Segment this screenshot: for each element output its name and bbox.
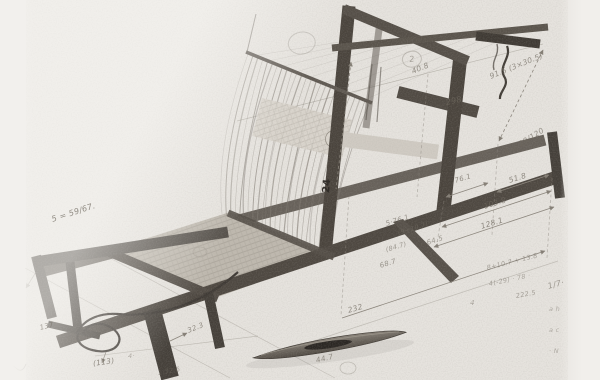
measurement-annotation: (113) (92, 357, 115, 367)
measurement-annotation: 128.1 (480, 216, 504, 230)
measurement-annotation: 4· (128, 353, 135, 360)
measurement-annotation: 8+10.7 + 13.8 (486, 253, 538, 272)
measurement-annotation: 5 = 59/67. (51, 202, 97, 224)
annotated-loom-photograph: 5 = 59/67.240.829891.5 (3×30.5)5 = 28/12… (0, 0, 600, 380)
measurement-annotation: 1·32.6 (157, 366, 180, 376)
measurement-annotation: 64.5 (426, 235, 444, 247)
measurement-annotation: a c (549, 327, 560, 334)
measurement-annotation: 103.8 (483, 196, 507, 210)
annotation-layer: 5 = 59/67.240.829891.5 (3×30.5)5 = 28/12… (0, 0, 600, 380)
measurement-annotation: 68.7 (379, 258, 397, 270)
measurement-annotation: 1/7· (547, 279, 565, 291)
measurement-annotation: 44.7 (315, 353, 334, 365)
measurement-annotation: 222.5 (515, 290, 536, 300)
measurement-annotation: 91.5 (3×30.5) (489, 52, 544, 80)
measurement-annotation: 32.3 (187, 322, 205, 335)
measurement-annotation: · N (549, 348, 559, 355)
measurement-annotation: 137 (39, 321, 55, 331)
measurement-annotation: a h (549, 306, 560, 313)
measurement-annotation: (84.7) (385, 241, 407, 253)
measurement-annotation: 298 (445, 96, 462, 107)
measurement-annotation: 76.1 (454, 173, 472, 185)
measurement-annotation: 51.8 (508, 172, 527, 184)
measurement-annotation: 4(-29) · 78 · (488, 272, 531, 287)
measurement-annotation: 232 (347, 303, 364, 314)
measurement-annotation: 4 (470, 300, 475, 307)
circled-number (286, 29, 318, 57)
measurement-annotation: 24 (322, 179, 333, 194)
measurement-annotation: 5 = 28/120 (503, 127, 545, 157)
